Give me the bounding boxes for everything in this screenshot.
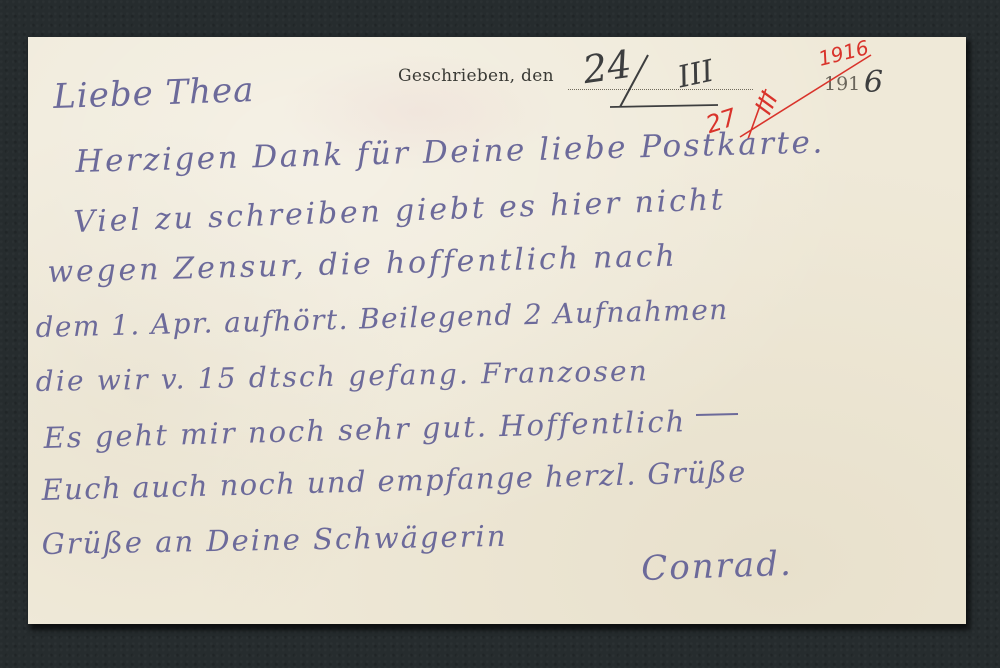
letter-line-6: die wir v. 15 dtsch gefang. Franzosen <box>35 354 649 398</box>
letter-signature: Conrad. <box>641 544 794 589</box>
red-date-month: III <box>749 87 783 118</box>
letter-line-4: wegen Zensur, die hoffentlich nach <box>47 239 678 290</box>
red-date-year: 1916 <box>816 37 871 71</box>
letter-line-8: Euch auch noch und empfange herzl. Grüße <box>41 455 747 507</box>
letter-line-3: Viel zu schreiben giebt es hier nicht <box>73 182 726 240</box>
postcard: Geschrieben, den 191 24 III 6 27 III 191… <box>28 37 966 624</box>
pencil-date-month: III <box>675 54 717 96</box>
letter-line-7: Es geht mir noch sehr gut. Hoffentlich <box>43 404 687 455</box>
letter-line-salutation: Liebe Thea <box>53 70 256 117</box>
letter-line-9: Grüße an Deine Schwägerin <box>41 519 507 561</box>
pencil-date-day: 24 <box>580 42 634 92</box>
letter-line-5: dem 1. Apr. aufhört. Beilegend 2 Aufnahm… <box>35 293 729 344</box>
printed-year-prefix: 191 <box>824 73 860 95</box>
printed-header-label: Geschrieben, den <box>398 66 554 86</box>
pencil-date-year-digit: 6 <box>864 65 883 100</box>
